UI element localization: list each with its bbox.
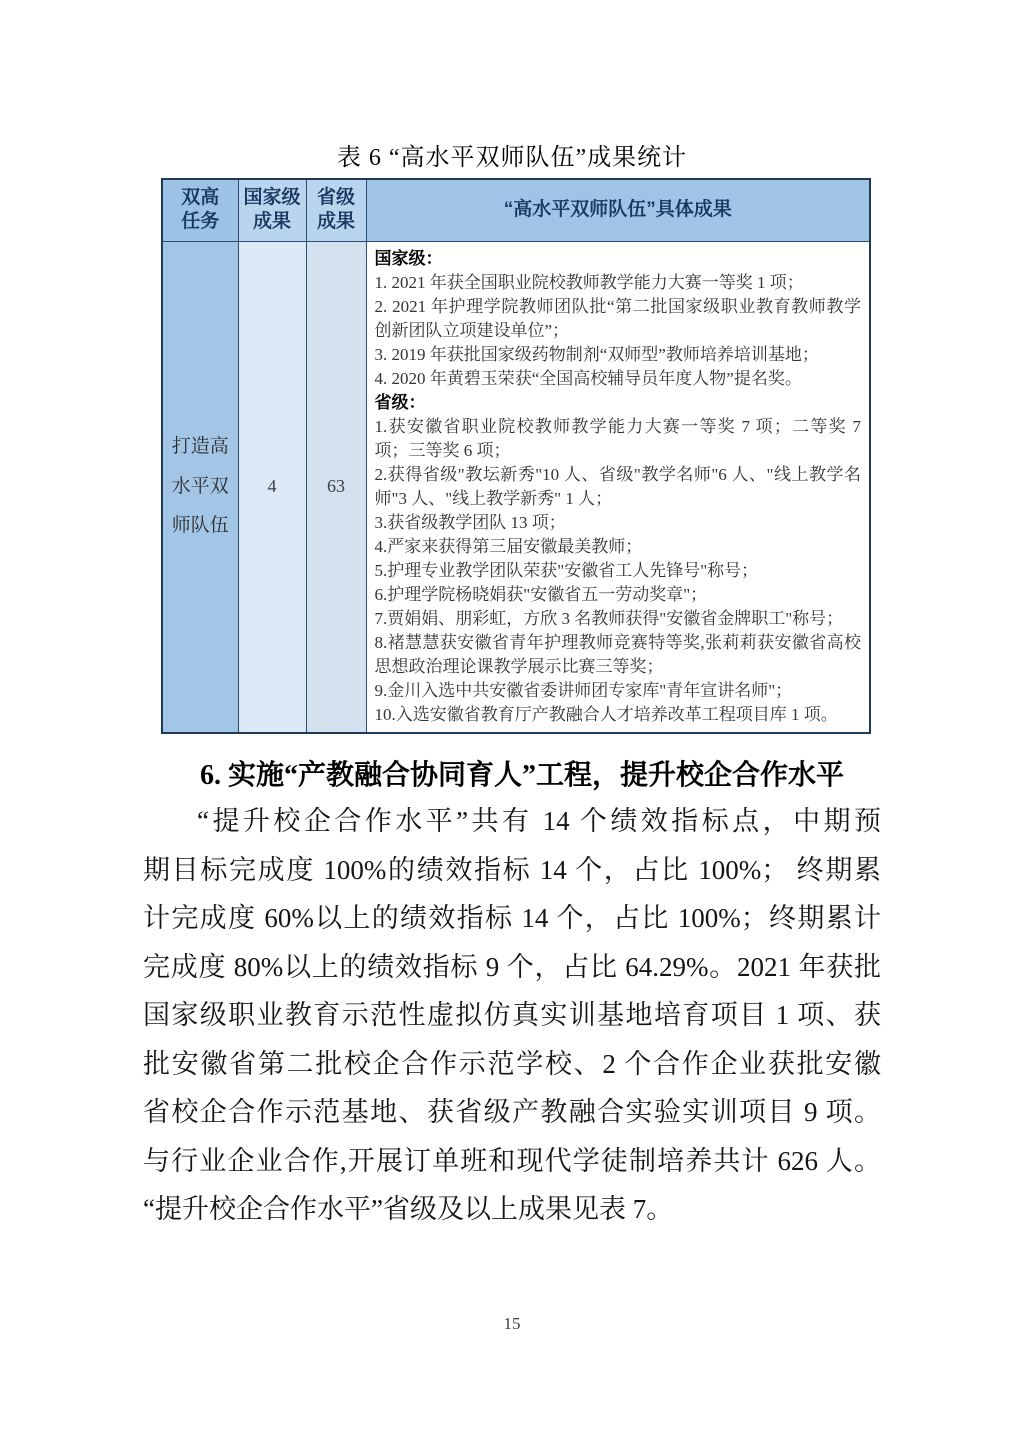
paragraph-line: 批安徽省第二批校企合作示范学校、2 个合作企业获批安徽 — [143, 1040, 881, 1089]
header-cell-national: 国家级 成果 — [238, 179, 306, 241]
section-paragraph: “提升校企合作水平”共有 14 个绩效指标点，中期预期目标完成度 100%的绩效… — [143, 797, 881, 1234]
provincial-level-label: 省级： — [375, 391, 862, 415]
provincial-items-list: 1.获安徽省职业院校教师教学能力大赛一等奖 7 项；二等奖 7 项；三等奖 6 … — [375, 415, 862, 727]
national-item: 4. 2020 年黄碧玉荣获“全国高校辅导员年度人物”提名奖。 — [375, 367, 862, 391]
provincial-item: 3.获省级教学团队 13 项； — [375, 511, 862, 535]
header-cell-task: 双高 任务 — [162, 179, 238, 241]
paragraph-line: 完成度 80%以上的绩效指标 9 个，占比 64.29%。2021 年获批 — [143, 943, 881, 992]
paragraph-line: 期目标完成度 100%的绩效指标 14 个，占比 100%； 终期累 — [143, 846, 881, 895]
provincial-item: 2.获得省级"教坛新秀"10 人、省级"教学名师"6 人、"线上教学名师"3 人… — [375, 463, 862, 511]
details-cell: 国家级： 1. 2021 年获全国职业院校教师教学能力大赛一等奖 1 项；2. … — [366, 241, 870, 733]
table-header-row: 双高 任务 国家级 成果 省级 成果 “高水平双师队伍”具体成果 — [162, 179, 870, 241]
paragraph-line: “提升校企合作水平”省级及以上成果见表 7。 — [143, 1185, 881, 1234]
paragraph-line: 与行业企业合作,开展订单班和现代学徒制培养共计 626 人。 — [143, 1137, 881, 1186]
provincial-item: 8.褚慧慧获安徽省青年护理教师竞赛特等奖,张莉莉获安徽省高校思想政治理论课教学展… — [375, 631, 862, 679]
table-row: 打造高 水平双 师队伍 4 63 国家级： 1. 2021 年获全国职业院校教师… — [162, 241, 870, 733]
provincial-count-cell: 63 — [306, 241, 366, 733]
national-level-label: 国家级： — [375, 247, 862, 271]
national-item: 2. 2021 年护理学院教师团队批“第二批国家级职业教育教师教学创新团队立项建… — [375, 295, 862, 343]
national-items-list: 1. 2021 年获全国职业院校教师教学能力大赛一等奖 1 项；2. 2021 … — [375, 271, 862, 391]
national-count-cell: 4 — [238, 241, 306, 733]
provincial-item: 6.护理学院杨晓娟获"安徽省五一劳动奖章"； — [375, 583, 862, 607]
section-heading: 6. 实施“产教融合协同育人”工程，提升校企合作水平 — [144, 753, 884, 793]
task-cell: 打造高 水平双 师队伍 — [162, 241, 238, 733]
provincial-item: 10.入选安徽省教育厅产教融合人才培养改革工程项目库 1 项。 — [375, 703, 862, 727]
table-caption: 表 6 “高水平双师队伍”成果统计 — [0, 137, 1024, 172]
provincial-item: 1.获安徽省职业院校教师教学能力大赛一等奖 7 项；二等奖 7 项；三等奖 6 … — [375, 415, 862, 463]
achievements-table: 双高 任务 国家级 成果 省级 成果 “高水平双师队伍”具体成果 打造高 水平双… — [161, 178, 871, 734]
paragraph-line: “提升校企合作水平”共有 14 个绩效指标点，中期预 — [143, 797, 881, 846]
provincial-item: 7.贾娟娟、朋彩虹，方欣 3 名教师获得"安徽省金牌职工"称号； — [375, 607, 862, 631]
provincial-item: 4.严家来获得第三届安徽最美教师； — [375, 535, 862, 559]
paragraph-line: 计完成度 60%以上的绩效指标 14 个，占比 100%；终期累计 — [143, 894, 881, 943]
provincial-item: 5.护理专业教学团队荣获"安徽省工人先锋号"称号； — [375, 559, 862, 583]
page-number: 15 — [0, 1314, 1024, 1334]
provincial-item: 9.金川入选中共安徽省委讲师团专家库"青年宣讲名师"； — [375, 679, 862, 703]
paragraph-line: 国家级职业教育示范性虚拟仿真实训基地培育项目 1 项、获 — [143, 991, 881, 1040]
header-cell-provincial: 省级 成果 — [306, 179, 366, 241]
header-cell-details: “高水平双师队伍”具体成果 — [366, 179, 870, 241]
national-item: 1. 2021 年获全国职业院校教师教学能力大赛一等奖 1 项； — [375, 271, 862, 295]
paragraph-line: 省校企合作示范基地、获省级产教融合实验实训项目 9 项。 — [143, 1088, 881, 1137]
document-page: 表 6 “高水平双师队伍”成果统计 双高 任务 国家级 成果 省级 成果 “高水… — [0, 0, 1024, 1448]
national-item: 3. 2019 年获批国家级药物制剂“双师型”教师培养培训基地； — [375, 343, 862, 367]
